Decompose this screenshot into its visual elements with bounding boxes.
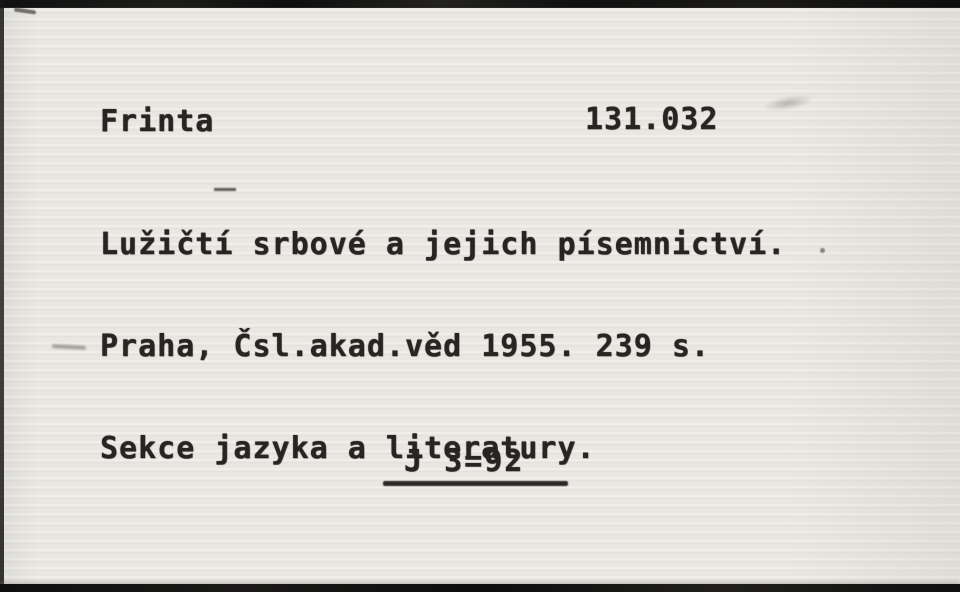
call-number-underline — [383, 481, 568, 486]
author-heading: Frinta — [100, 104, 214, 139]
catalog-card-scan: Frinta 131.032 Lužičtí srbové a jejich p… — [0, 0, 960, 592]
imprint-line: Praha, Čsl.akad.věd 1955. 239 s. — [100, 330, 786, 364]
scan-artifact-left-dash — [52, 344, 86, 350]
call-number: J 3=92 — [404, 444, 524, 479]
scan-artifact-smudge — [761, 92, 815, 115]
scan-edge-left — [0, 0, 4, 592]
scan-edge-bottom — [0, 584, 960, 592]
title-line: Lužičtí srbové a jejich písemnictví. — [100, 228, 786, 262]
scan-artifact-top-left-tick — [14, 7, 36, 14]
scan-edge-top — [0, 0, 960, 8]
scan-artifact-dot — [820, 248, 825, 253]
classification-number: 131.032 — [585, 102, 718, 137]
